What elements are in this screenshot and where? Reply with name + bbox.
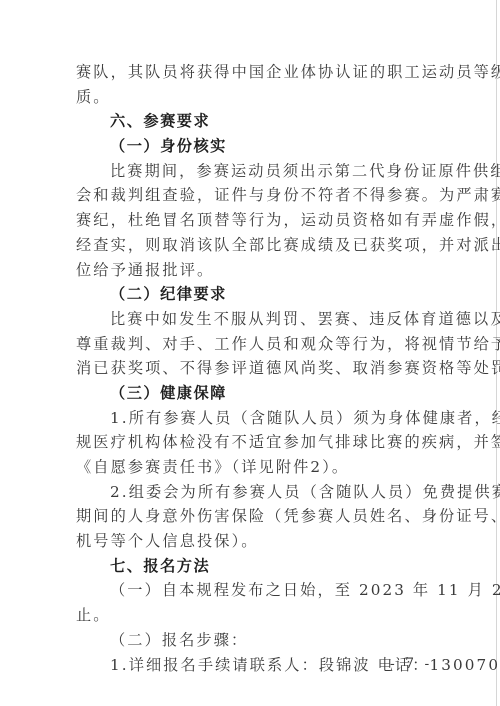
- paragraph-line: 消已获奖项、不得参评道德风尚奖、取消参赛资格等处罚。: [76, 356, 428, 381]
- contact-line: 1.详细报名手续请联系人：段锦波 电话：13007011132: [76, 653, 428, 678]
- paragraph-line: 位给予通报批评。: [76, 258, 428, 283]
- paragraph-line: 会和裁判组查验，证件与身份不符者不得参赛。为严肃赛风: [76, 183, 428, 208]
- paragraph-line: 规医疗机构体检没有不适宜参加气排球比赛的疾病，并签署: [76, 430, 428, 455]
- paragraph-line: 比赛期间，参赛运动员须出示第二代身份证原件供组委: [76, 159, 428, 184]
- section-heading-registration: 七、报名方法: [76, 554, 428, 579]
- subheading-discipline: （二）纪律要求: [76, 282, 428, 307]
- paragraph-line: 1.所有参赛人员（含随队人员）须为身体健康者，经正: [76, 406, 428, 431]
- page-number: - 7 -: [390, 656, 432, 672]
- paragraph-line: 止。: [76, 603, 428, 628]
- paragraph-line: 尊重裁判、对手、工作人员和观众等行为，将视情节给予取: [76, 332, 428, 357]
- paragraph-line: 比赛中如发生不服从判罚、罢赛、违反体育道德以及不: [76, 307, 428, 332]
- paragraph-line: 质。: [76, 85, 428, 110]
- paragraph-line: 赛纪，杜绝冒名顶替等行为，运动员资格如有弄虚作假，一: [76, 208, 428, 233]
- subheading-health: （三）健康保障: [76, 381, 428, 406]
- document-body: 赛队，其队员将获得中国企业体协认证的职工运动员等级资 质。 六、参赛要求 （一）…: [76, 60, 428, 677]
- subheading-identity-verification: （一）身份核实: [76, 134, 428, 159]
- paragraph-line: （一）自本规程发布之日始，至 2023 年 11 月 28 日截: [76, 578, 428, 603]
- section-heading-requirements: 六、参赛要求: [76, 109, 428, 134]
- paragraph-line: （二）报名步骤：: [76, 628, 428, 653]
- paragraph-line: 机号等个人信息投保）。: [76, 529, 428, 554]
- paragraph-line: 《自愿参赛责任书》（详见附件2）。: [76, 455, 428, 480]
- paragraph-line: 赛队，其队员将获得中国企业体协认证的职工运动员等级资: [76, 60, 428, 85]
- paragraph-line: 2.组委会为所有参赛人员（含随队人员）免费提供赛会: [76, 480, 428, 505]
- paragraph-line: 经查实，则取消该队全部比赛成绩及已获奖项，并对派出单: [76, 233, 428, 258]
- paragraph-line: 期间的人身意外伤害保险（凭参赛人员姓名、身份证号、手: [76, 504, 428, 529]
- page-edge-line: [496, 0, 497, 706]
